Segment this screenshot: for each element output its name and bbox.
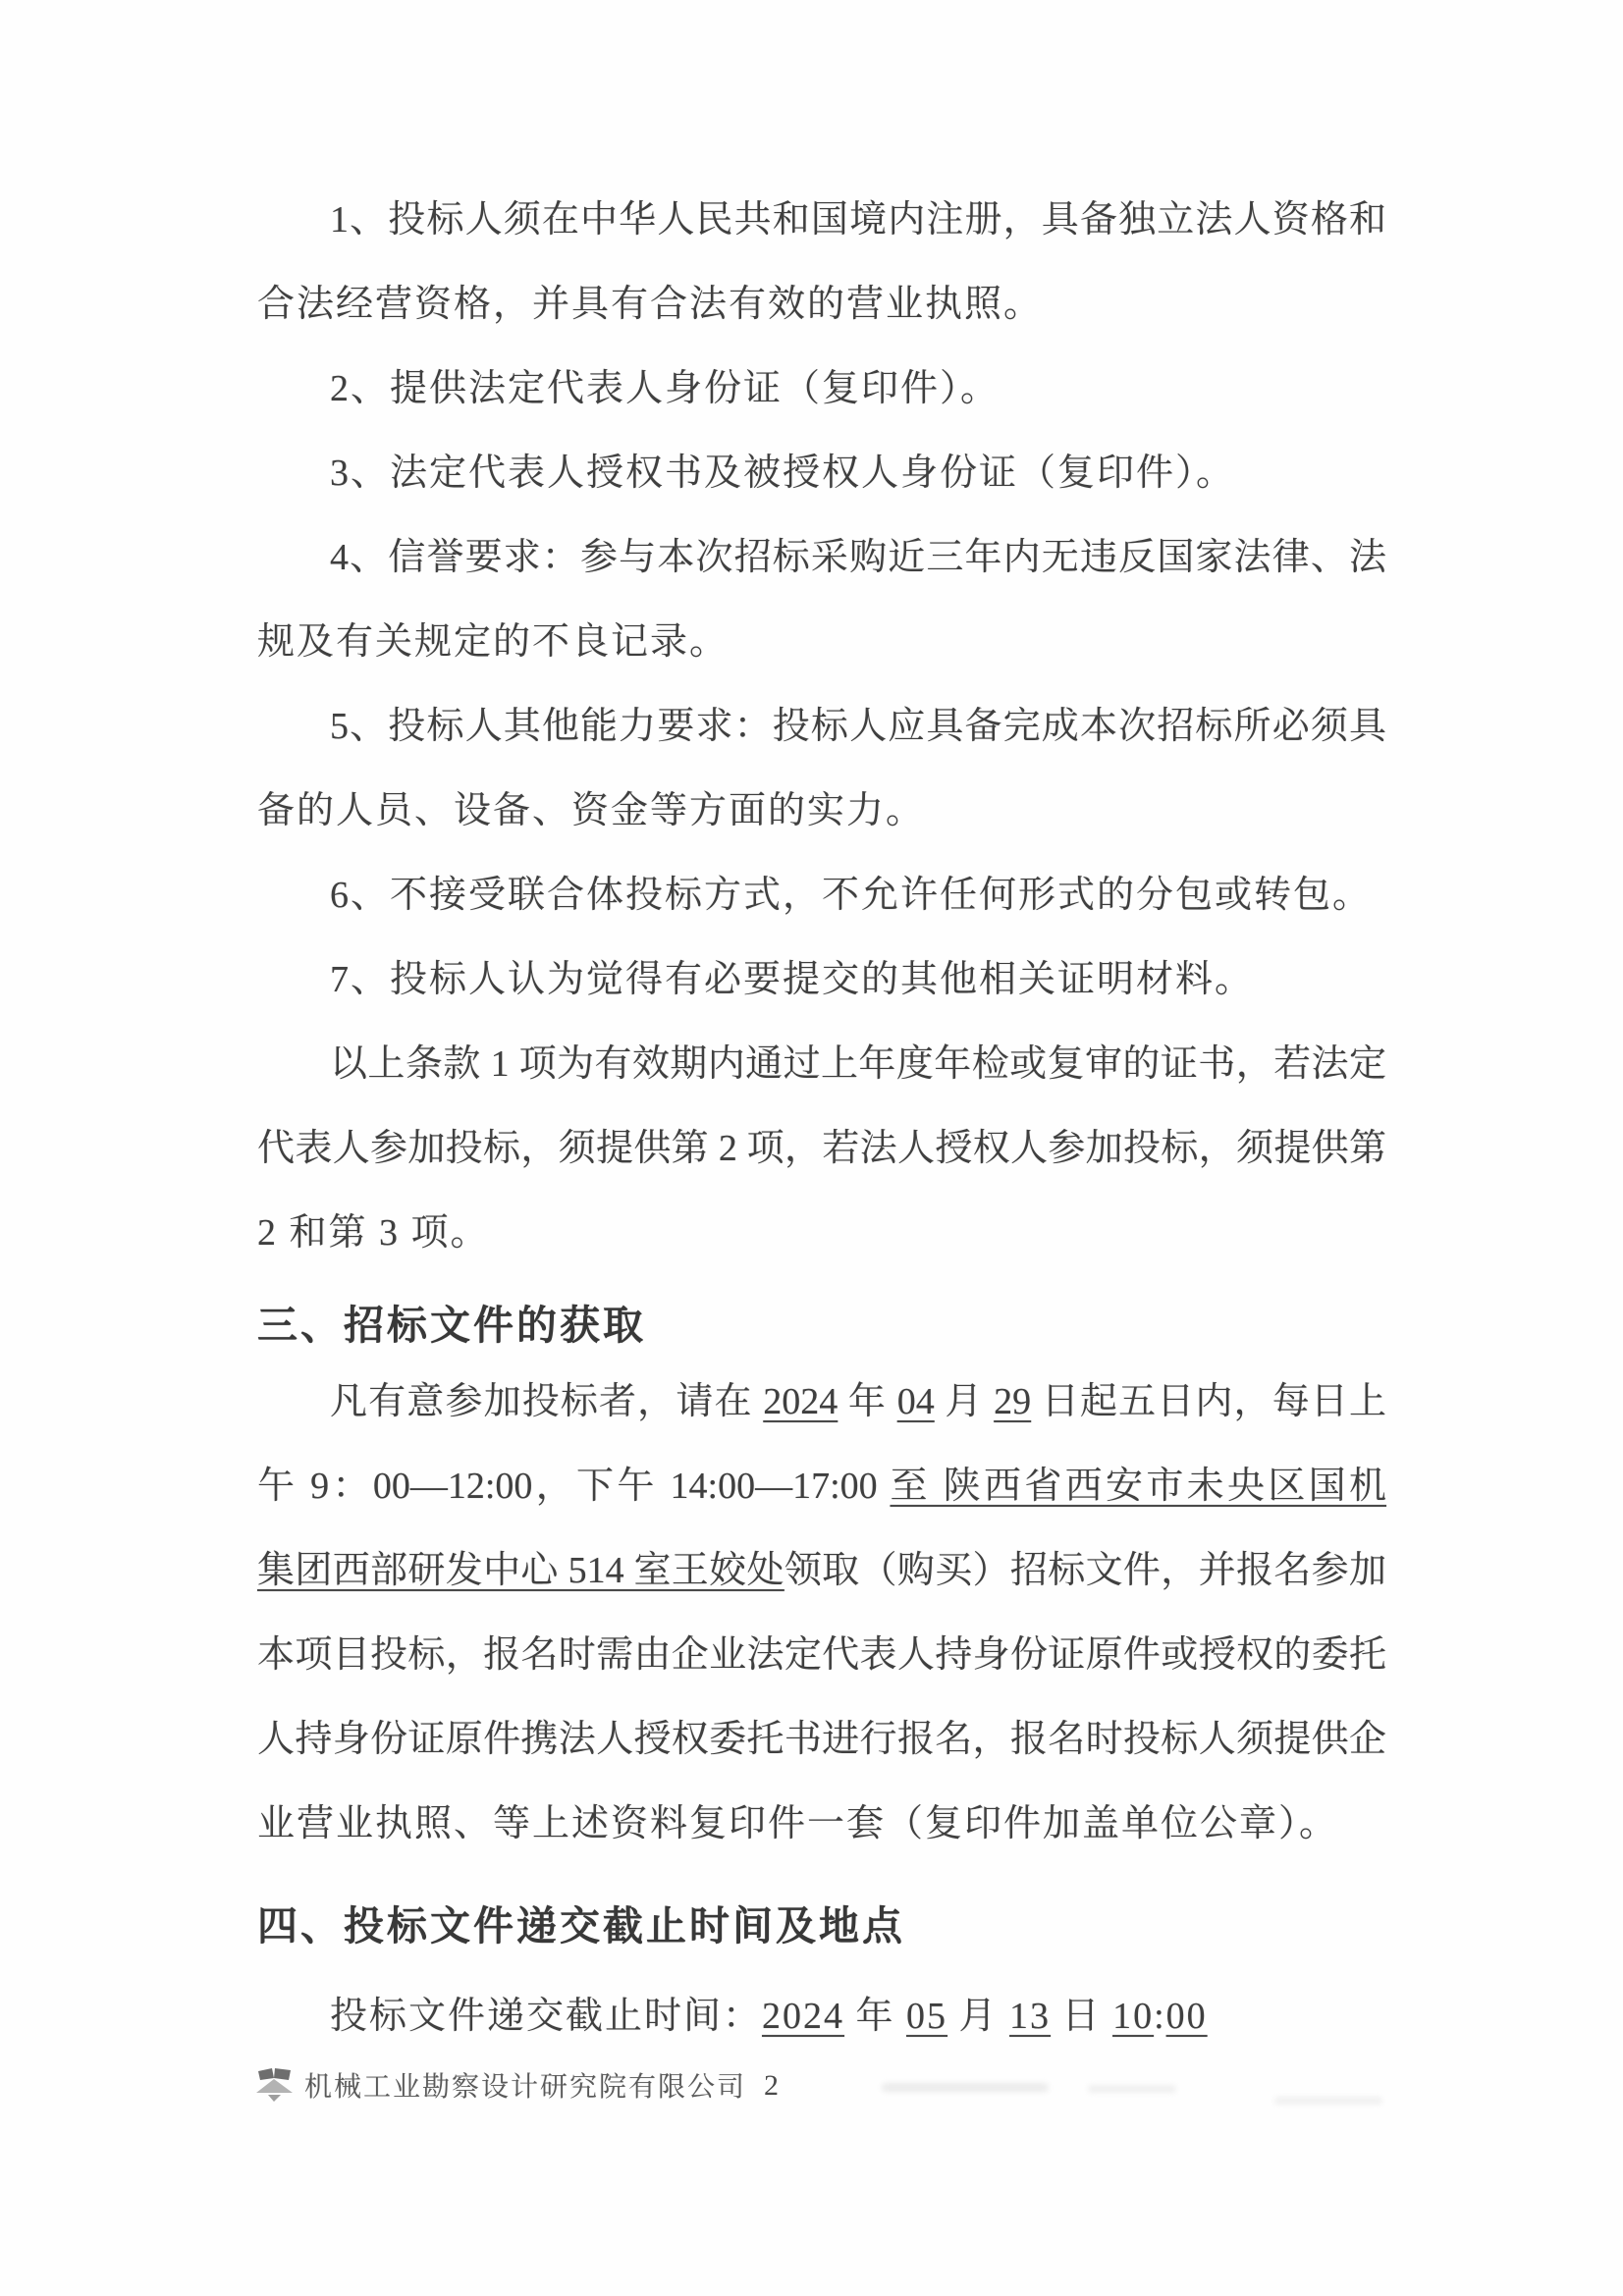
underlined-text: 13 xyxy=(1009,1996,1051,2037)
clause-4-line-2: 规及有关规定的不良记录。 xyxy=(257,618,1386,666)
text: : xyxy=(1154,1996,1166,2037)
text: 合法经营资格，并具有合法有效的营业执照。 xyxy=(257,284,1043,325)
section-3-heading: 三、招标文件的获取 xyxy=(257,1302,1386,1349)
note-line-2: 代表人参加投标，须提供第 2 项，若法人授权人参加投标，须提供第 xyxy=(257,1125,1386,1172)
text: 业营业执照、等上述资料复印件一套（复印件加盖单位公章）。 xyxy=(257,1803,1338,1844)
text: 2 和第 3 项。 xyxy=(257,1212,490,1254)
mountain-emblem-icon xyxy=(255,2067,295,2103)
clause-5-line-1: 5、投标人其他能力要求：投标人应具备完成本次招标所必须具 xyxy=(257,703,1386,750)
text: 2、提供法定代表人身份证（复印件）。 xyxy=(330,368,1000,409)
section-3-line-4: 本项目投标，报名时需由企业法定代表人持身份证原件或授权的委托 xyxy=(257,1631,1386,1679)
text: 7、投标人认为觉得有必要提交的其他相关证明材料。 xyxy=(330,959,1254,1000)
text: 投标文件递交截止时间： xyxy=(330,1996,762,2037)
scanned-document-page: 1、投标人须在中华人民共和国境内注册，具备独立法人资格和合法经营资格，并具有合法… xyxy=(0,0,1623,2296)
clause-5-line-2: 备的人员、设备、资金等方面的实力。 xyxy=(257,787,1386,834)
text: 5、投标人其他能力要求：投标人应具备完成本次招标所必须具 xyxy=(330,706,1386,747)
text: 年 xyxy=(838,1381,896,1422)
text: 年 xyxy=(844,1996,906,2037)
clause-1-line-1: 1、投标人须在中华人民共和国境内注册，具备独立法人资格和 xyxy=(257,196,1386,243)
clause-7: 7、投标人认为觉得有必要提交的其他相关证明材料。 xyxy=(257,956,1386,1003)
scan-smudge xyxy=(1274,2097,1382,2105)
clause-6: 6、不接受联合体投标方式，不允许任何形式的分包或转包。 xyxy=(257,872,1386,919)
text: 领取（购买）招标文件，并报名参加 xyxy=(784,1550,1386,1591)
note-line-3: 2 和第 3 项。 xyxy=(257,1209,1386,1256)
text: 四、投标文件递交截止时间及地点 xyxy=(257,1903,905,1949)
text: 三、招标文件的获取 xyxy=(257,1303,646,1348)
text: 本项目投标，报名时需由企业法定代表人持身份证原件或授权的委托 xyxy=(257,1634,1386,1676)
text: 3、法定代表人授权书及被授权人身份证（复印件）。 xyxy=(330,453,1235,494)
underlined-text: 29 xyxy=(994,1381,1031,1422)
footer-company-name: 机械工业勘察设计研究院有限公司 xyxy=(304,2065,746,2105)
text: 6、不接受联合体投标方式，不允许任何形式的分包或转包。 xyxy=(330,875,1372,916)
clause-3: 3、法定代表人授权书及被授权人身份证（复印件）。 xyxy=(257,450,1386,497)
text: 日 xyxy=(1051,1996,1112,2037)
text: 日起五日内，每日上 xyxy=(1031,1381,1386,1422)
text: 凡有意参加投标者，请在 xyxy=(330,1381,763,1422)
text: 午 9：00—12:00，下午 14:00—17:00 xyxy=(257,1466,891,1507)
underlined-text: 04 xyxy=(897,1381,935,1422)
section-3-line-1: 凡有意参加投标者，请在 2024 年 04 月 29 日起五日内，每日上 xyxy=(257,1378,1386,1425)
text: 月 xyxy=(947,1996,1009,2037)
deadline-line: 投标文件递交截止时间：2024 年 05 月 13 日 10:00 xyxy=(257,1993,1386,2040)
text: 备的人员、设备、资金等方面的实力。 xyxy=(257,790,925,831)
section-4-heading: 四、投标文件递交截止时间及地点 xyxy=(257,1902,1386,1949)
scan-smudge xyxy=(1088,2085,1176,2093)
section-3-line-3: 集团西部研发中心 514 室王姣处领取（购买）招标文件，并报名参加 xyxy=(257,1547,1386,1594)
section-3-line-6: 业营业执照、等上述资料复印件一套（复印件加盖单位公章）。 xyxy=(257,1800,1386,1847)
clause-4-line-1: 4、信誉要求：参与本次招标采购近三年内无违反国家法律、法 xyxy=(257,534,1386,581)
page-number: 2 xyxy=(764,2069,779,2103)
underlined-text: 00 xyxy=(1166,1996,1208,2037)
underlined-text: 至 陕西省西安市未央区国机 xyxy=(891,1466,1386,1507)
underlined-text: 10 xyxy=(1112,1996,1154,2037)
clause-2: 2、提供法定代表人身份证（复印件）。 xyxy=(257,365,1386,412)
section-3-line-5: 人持身份证原件携法人授权委托书进行报名，报名时投标人须提供企 xyxy=(257,1716,1386,1763)
scan-smudge xyxy=(882,2083,1049,2092)
text: 月 xyxy=(935,1381,994,1422)
clause-1-line-2: 合法经营资格，并具有合法有效的营业执照。 xyxy=(257,281,1386,328)
text: 1、投标人须在中华人民共和国境内注册，具备独立法人资格和 xyxy=(330,199,1386,240)
text: 4、信誉要求：参与本次招标采购近三年内无违反国家法律、法 xyxy=(330,537,1386,578)
text: 以上条款 1 项为有效期内通过上年度年检或复审的证书，若法定 xyxy=(330,1043,1386,1085)
section-3-line-2: 午 9：00—12:00，下午 14:00—17:00 至 陕西省西安市未央区国… xyxy=(257,1463,1386,1510)
underlined-text: 2024 xyxy=(763,1381,838,1422)
underlined-text: 集团西部研发中心 514 室王姣处 xyxy=(257,1550,784,1591)
page-footer: 机械工业勘察设计研究院有限公司 xyxy=(255,2065,746,2105)
text: 代表人参加投标，须提供第 2 项，若法人授权人参加投标，须提供第 xyxy=(257,1128,1386,1169)
underlined-text: 2024 xyxy=(762,1996,844,2037)
underlined-text: 05 xyxy=(906,1996,947,2037)
note-line-1: 以上条款 1 项为有效期内通过上年度年检或复审的证书，若法定 xyxy=(257,1041,1386,1088)
text: 规及有关规定的不良记录。 xyxy=(257,621,729,663)
text: 人持身份证原件携法人授权委托书进行报名，报名时投标人须提供企 xyxy=(257,1719,1386,1760)
